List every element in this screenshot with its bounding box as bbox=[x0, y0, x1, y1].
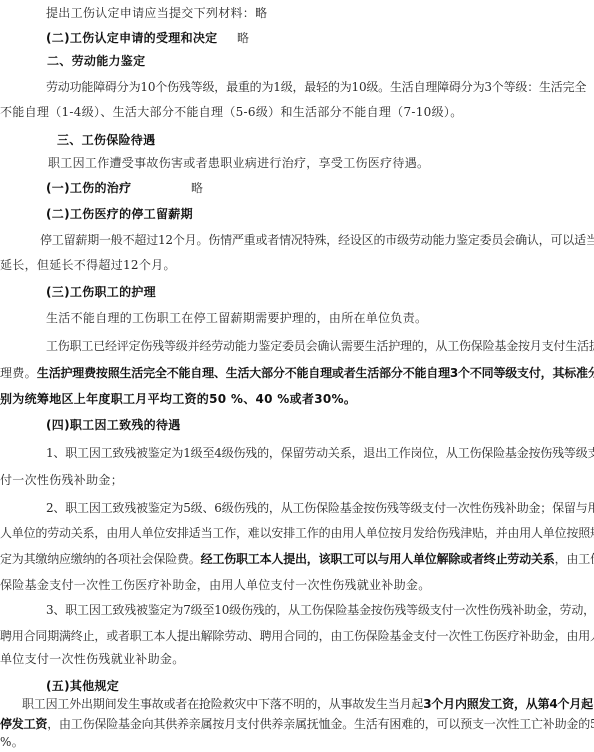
text-normal: ，由工伤 bbox=[555, 552, 594, 566]
omitted-note: 略 bbox=[237, 31, 249, 45]
paragraph-nursing-fee: 理费。生活护理费按照生活完全不能自理、生活大部分不能自理或者生活部分不能自理3个… bbox=[0, 366, 594, 380]
text-normal: 定为其缴纳应缴纳的各项社会保险费。 bbox=[0, 552, 201, 566]
omitted-note: 略 bbox=[191, 181, 203, 195]
paragraph-disability-5-6: 2、职工因工致残被鉴定为5级、6级伤残的，从工伤保险基金按伤残等级支付一次性伤残… bbox=[46, 501, 594, 515]
paragraph-materials: 提出工伤认定申请应当提交下列材料：略 bbox=[46, 6, 256, 20]
heading-insurance-benefits: 三、工伤保险待遇 bbox=[57, 133, 155, 147]
paragraph-disability-1-4: 1、职工因工致残被鉴定为1级至4级伤残的，保留劳动关系，退出工作岗位，从工伤保险… bbox=[46, 446, 594, 460]
text-bold-terminate-relation: 经工伤职工本人提出，该职工可以与用人单位解除或者终止劳动关系 bbox=[201, 552, 555, 566]
text-normal: 理费。 bbox=[0, 366, 37, 380]
paragraph-disability-7-10-cont2: 单位支付一次性伤残就业补助金。 bbox=[0, 652, 185, 666]
paragraph-disability-7-10: 3、职工因工致残被鉴定为7级至10级伤残的，从工伤保险基金按伤残等级支付一次性伤… bbox=[46, 603, 594, 617]
paragraph-nursing-1: 生活不能自理的工伤职工在停工留薪期需要护理的，由所在单位负责。 bbox=[46, 311, 427, 325]
text-normal: 职工因工外出期间发生事故或者在抢险救灾中下落不明的，从事故发生当月起 bbox=[22, 697, 423, 711]
text-normal: ，由工伤保险基金向其供养亲属按月支付供养亲属抚恤金。生活有困难的，可以预支一次性… bbox=[47, 717, 594, 731]
paragraph-missing-worker: 职工因工外出期间发生事故或者在抢险救灾中下落不明的，从事故发生当月起3个月内照发… bbox=[22, 697, 593, 711]
heading-disability-benefits: (四)职工因工致残的待遇 bbox=[46, 418, 181, 432]
heading-nursing: (三)工伤职工的护理 bbox=[46, 285, 156, 299]
paragraph-disability-levels-cont: 不能自理（1-4级）、生活大部分不能自理（5-6级）和生活部分不能自理（7-10… bbox=[0, 105, 463, 119]
heading-paid-leave: (二)工伤医疗的停工留薪期 bbox=[46, 207, 193, 221]
paragraph-missing-worker-cont: 停发工资，由工伤保险基金向其供养亲属按月支付供养亲属抚恤金。生活有困难的，可以预… bbox=[0, 717, 594, 731]
paragraph-disability-1-4-cont: 付一次性伤残补助金； bbox=[0, 473, 123, 487]
heading-labor-capacity: 二、劳动能力鉴定 bbox=[47, 54, 145, 68]
paragraph-disability-5-6-cont2: 定为其缴纳应缴纳的各项社会保险费。经工伤职工本人提出，该职工可以与用人单位解除或… bbox=[0, 552, 594, 566]
paragraph-disability-5-6-cont3: 保险基金支付一次性工伤医疗补助金，由用人单位支付一次性伤残就业补助金。 bbox=[0, 578, 431, 592]
paragraph-nursing-fee-cont: 别为统筹地区上年度职工月平均工资的50 %、40 %或者30%。 bbox=[0, 392, 356, 406]
paragraph-disability-5-6-cont1: 人单位的劳动关系，由用人单位安排适当工作，难以安排工作的由用人单位按月发给伤残津… bbox=[0, 526, 594, 540]
heading-injury-treatment: (一)工伤的治疗 bbox=[46, 181, 131, 195]
paragraph-paid-leave: 停工留薪期一般不超过12个月。伤情严重或者情况特殊，经设区的市级劳动能力鉴定委员… bbox=[40, 233, 594, 247]
paragraph-medical-treatment: 职工因工作遭受事故伤害或者患职业病进行治疗，享受工伤医疗待遇。 bbox=[48, 156, 429, 170]
heading-acceptance-decision: (二)工伤认定申请的受理和决定 bbox=[46, 31, 217, 45]
heading-other-provisions: (五)其他规定 bbox=[46, 679, 119, 693]
paragraph-disability-levels: 劳动功能障碍分为10个伤残等级，最重的为1级，最轻的为10级。生活自理障碍分为3… bbox=[46, 80, 586, 94]
text-bold-stop-wage: 停发工资 bbox=[0, 717, 47, 731]
paragraph-nursing-2: 工伤职工已经评定伤残等级并经劳动能力鉴定委员会确认需要生活护理的，从工伤保险基金… bbox=[46, 339, 594, 353]
paragraph-missing-worker-end: %。 bbox=[0, 735, 24, 749]
text-bold-wage-rule: 3个月内照发工资，从第4个月起 bbox=[423, 697, 593, 711]
paragraph-disability-7-10-cont1: 聘用合同期满终止，或者职工本人提出解除劳动、聘用合同的，由工伤保险基金支付一次性… bbox=[0, 629, 594, 643]
text-bold-nursing-standard: 生活护理费按照生活完全不能自理、生活大部分不能自理或者生活部分不能自理3个不同等… bbox=[37, 366, 594, 380]
paragraph-paid-leave-cont: 延长，但延长不得超过12个月。 bbox=[0, 258, 176, 272]
